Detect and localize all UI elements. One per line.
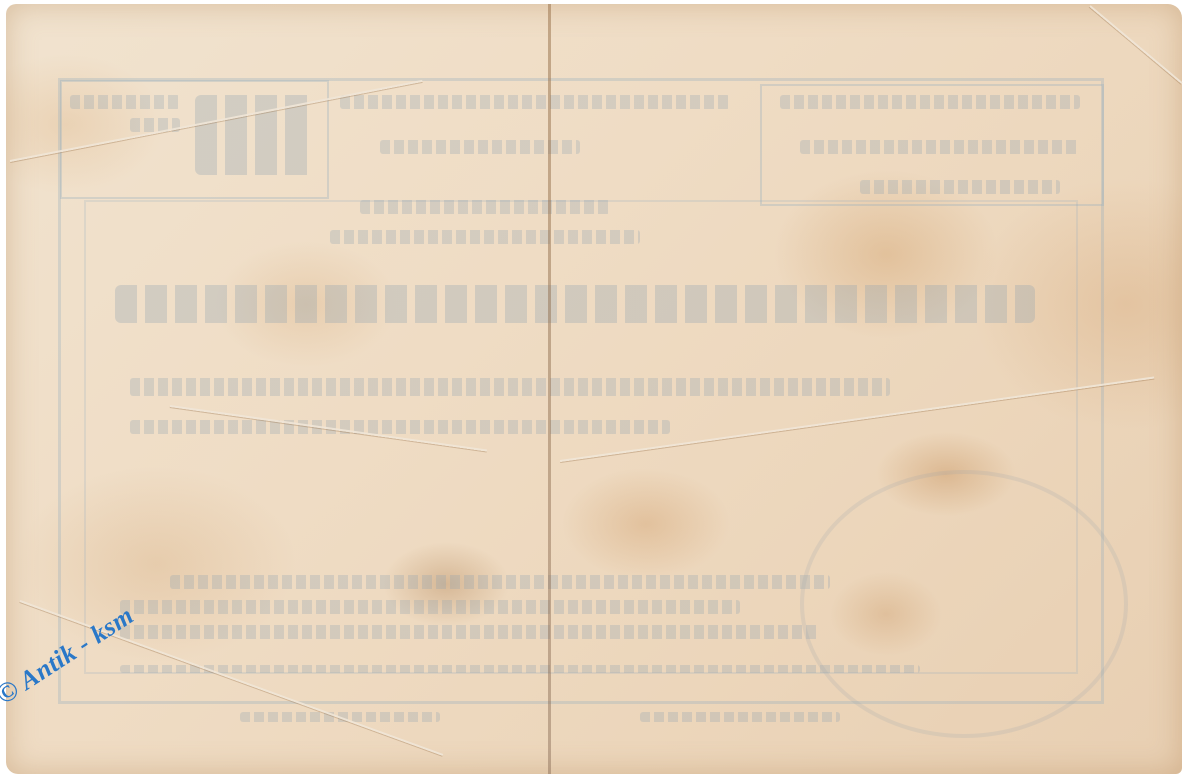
show-through-text-line	[340, 95, 730, 109]
show-through-text-line	[860, 180, 1060, 194]
show-through-text-line	[780, 95, 1080, 109]
show-through-text-line	[130, 420, 670, 434]
show-through-seal-stamp	[800, 470, 1128, 738]
show-through-text-line	[120, 625, 820, 639]
show-through-text-line	[800, 140, 1080, 154]
show-through-text-line	[170, 575, 830, 589]
show-through-text-line	[330, 230, 640, 244]
show-through-rule	[120, 665, 920, 673]
show-through-imprint	[640, 712, 840, 722]
show-through-text-line	[70, 95, 180, 109]
show-through-serial-line	[130, 378, 890, 396]
show-through-numeral	[195, 95, 315, 175]
vertical-fold	[548, 4, 551, 774]
show-through-amount-line	[115, 285, 1035, 323]
show-through-text-line	[120, 600, 740, 614]
show-through-text-line	[360, 200, 610, 214]
